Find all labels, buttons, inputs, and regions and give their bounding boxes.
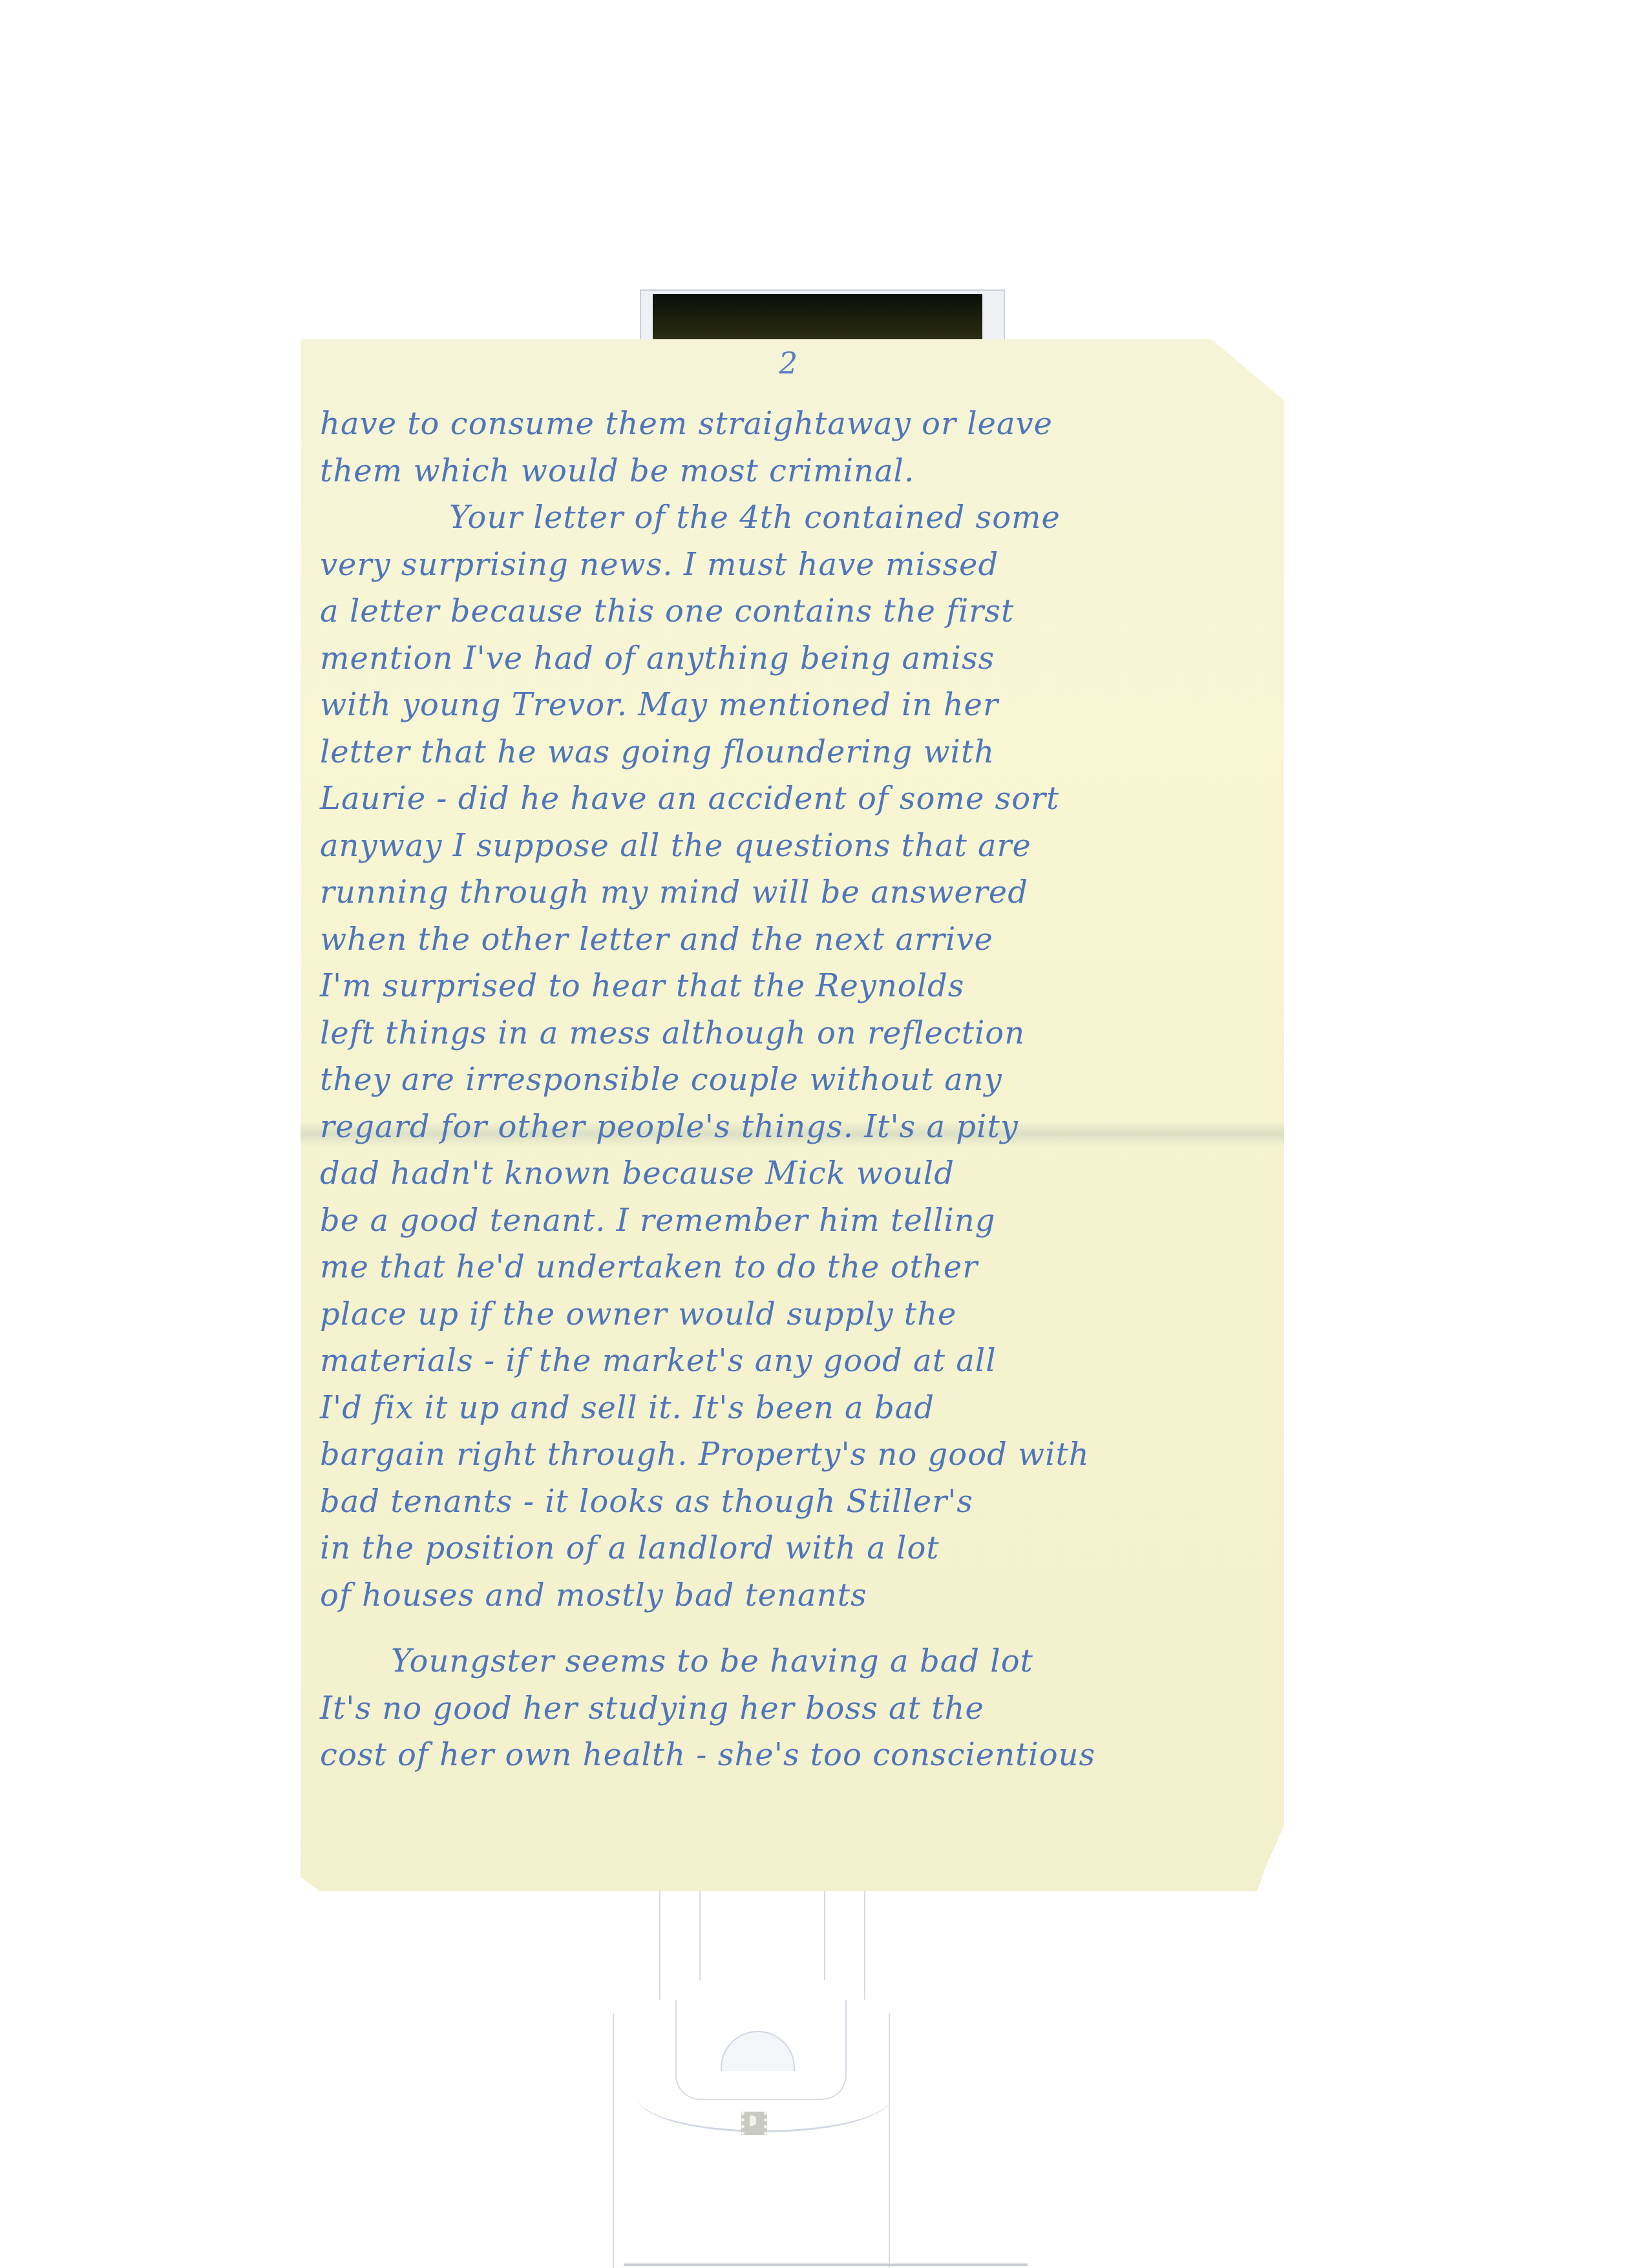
letter-line: Youngster seems to be having a bad lot <box>320 1638 1270 1685</box>
letter-line: be a good tenant. I remember him telling <box>320 1197 1270 1244</box>
letter-line: I'd fix it up and sell it. It's been a b… <box>320 1385 1270 1432</box>
letter-line: with young Trevor. May mentioned in her <box>320 682 1270 729</box>
letter-line: a letter because this one contains the f… <box>320 588 1270 635</box>
letter-line: have to consume them straightaway or lea… <box>320 401 1270 448</box>
letter-line: Laurie - did he have an accident of some… <box>320 775 1270 823</box>
letter-line: It's no good her studying her boss at th… <box>320 1685 1270 1732</box>
letter-line: when the other letter and the next arriv… <box>320 916 1270 963</box>
letter-line: I'm surprised to hear that the Reynolds <box>320 963 1270 1010</box>
letter-line: they are irresponsible couple without an… <box>320 1056 1270 1104</box>
letter-line: materials - if the market's any good at … <box>320 1338 1270 1385</box>
letter-line: anyway I suppose all the questions that … <box>320 823 1270 870</box>
letter-body: have to consume them straightaway or lea… <box>320 401 1270 1779</box>
letter-line: regard for other people's things. It's a… <box>320 1104 1270 1151</box>
letter-line: in the position of a landlord with a lot <box>320 1525 1270 1572</box>
letter-line: me that he'd undertaken to do the other <box>320 1244 1270 1291</box>
holder-prong-right <box>824 1890 865 2000</box>
scanner-film-holder <box>607 1890 1028 2268</box>
letter-line: bargain right through. Property's no goo… <box>320 1431 1270 1478</box>
letter-line: left things in a mess although on reflec… <box>320 1010 1270 1057</box>
letter-line: dad hadn't known because Mick would <box>320 1150 1270 1197</box>
letter-line: very surprising news. I must have missed <box>320 541 1270 589</box>
letter-line: of houses and mostly bad tenants <box>320 1572 1270 1619</box>
letter-line: place up if the owner would supply the <box>320 1291 1270 1338</box>
letter-page: 2 have to consume them straightaway or l… <box>301 339 1284 1891</box>
holder-prong-left <box>659 1890 701 2000</box>
letter-line: mention I've had of anything being amiss <box>320 635 1270 682</box>
letter-line: cost of her own health - she's too consc… <box>320 1732 1270 1779</box>
letter-line: letter that he was going floundering wit… <box>320 729 1270 776</box>
letter-line: bad tenants - it looks as though Stiller… <box>320 1478 1270 1526</box>
holder-base <box>624 2263 1028 2266</box>
letter-line: them which would be most criminal. <box>320 448 1270 495</box>
letter-line: running through my mind will be answered <box>320 869 1270 916</box>
page-number: 2 <box>779 346 798 381</box>
film-strip-icon <box>741 2112 767 2135</box>
letter-line: Your letter of the 4th contained some <box>320 494 1270 541</box>
